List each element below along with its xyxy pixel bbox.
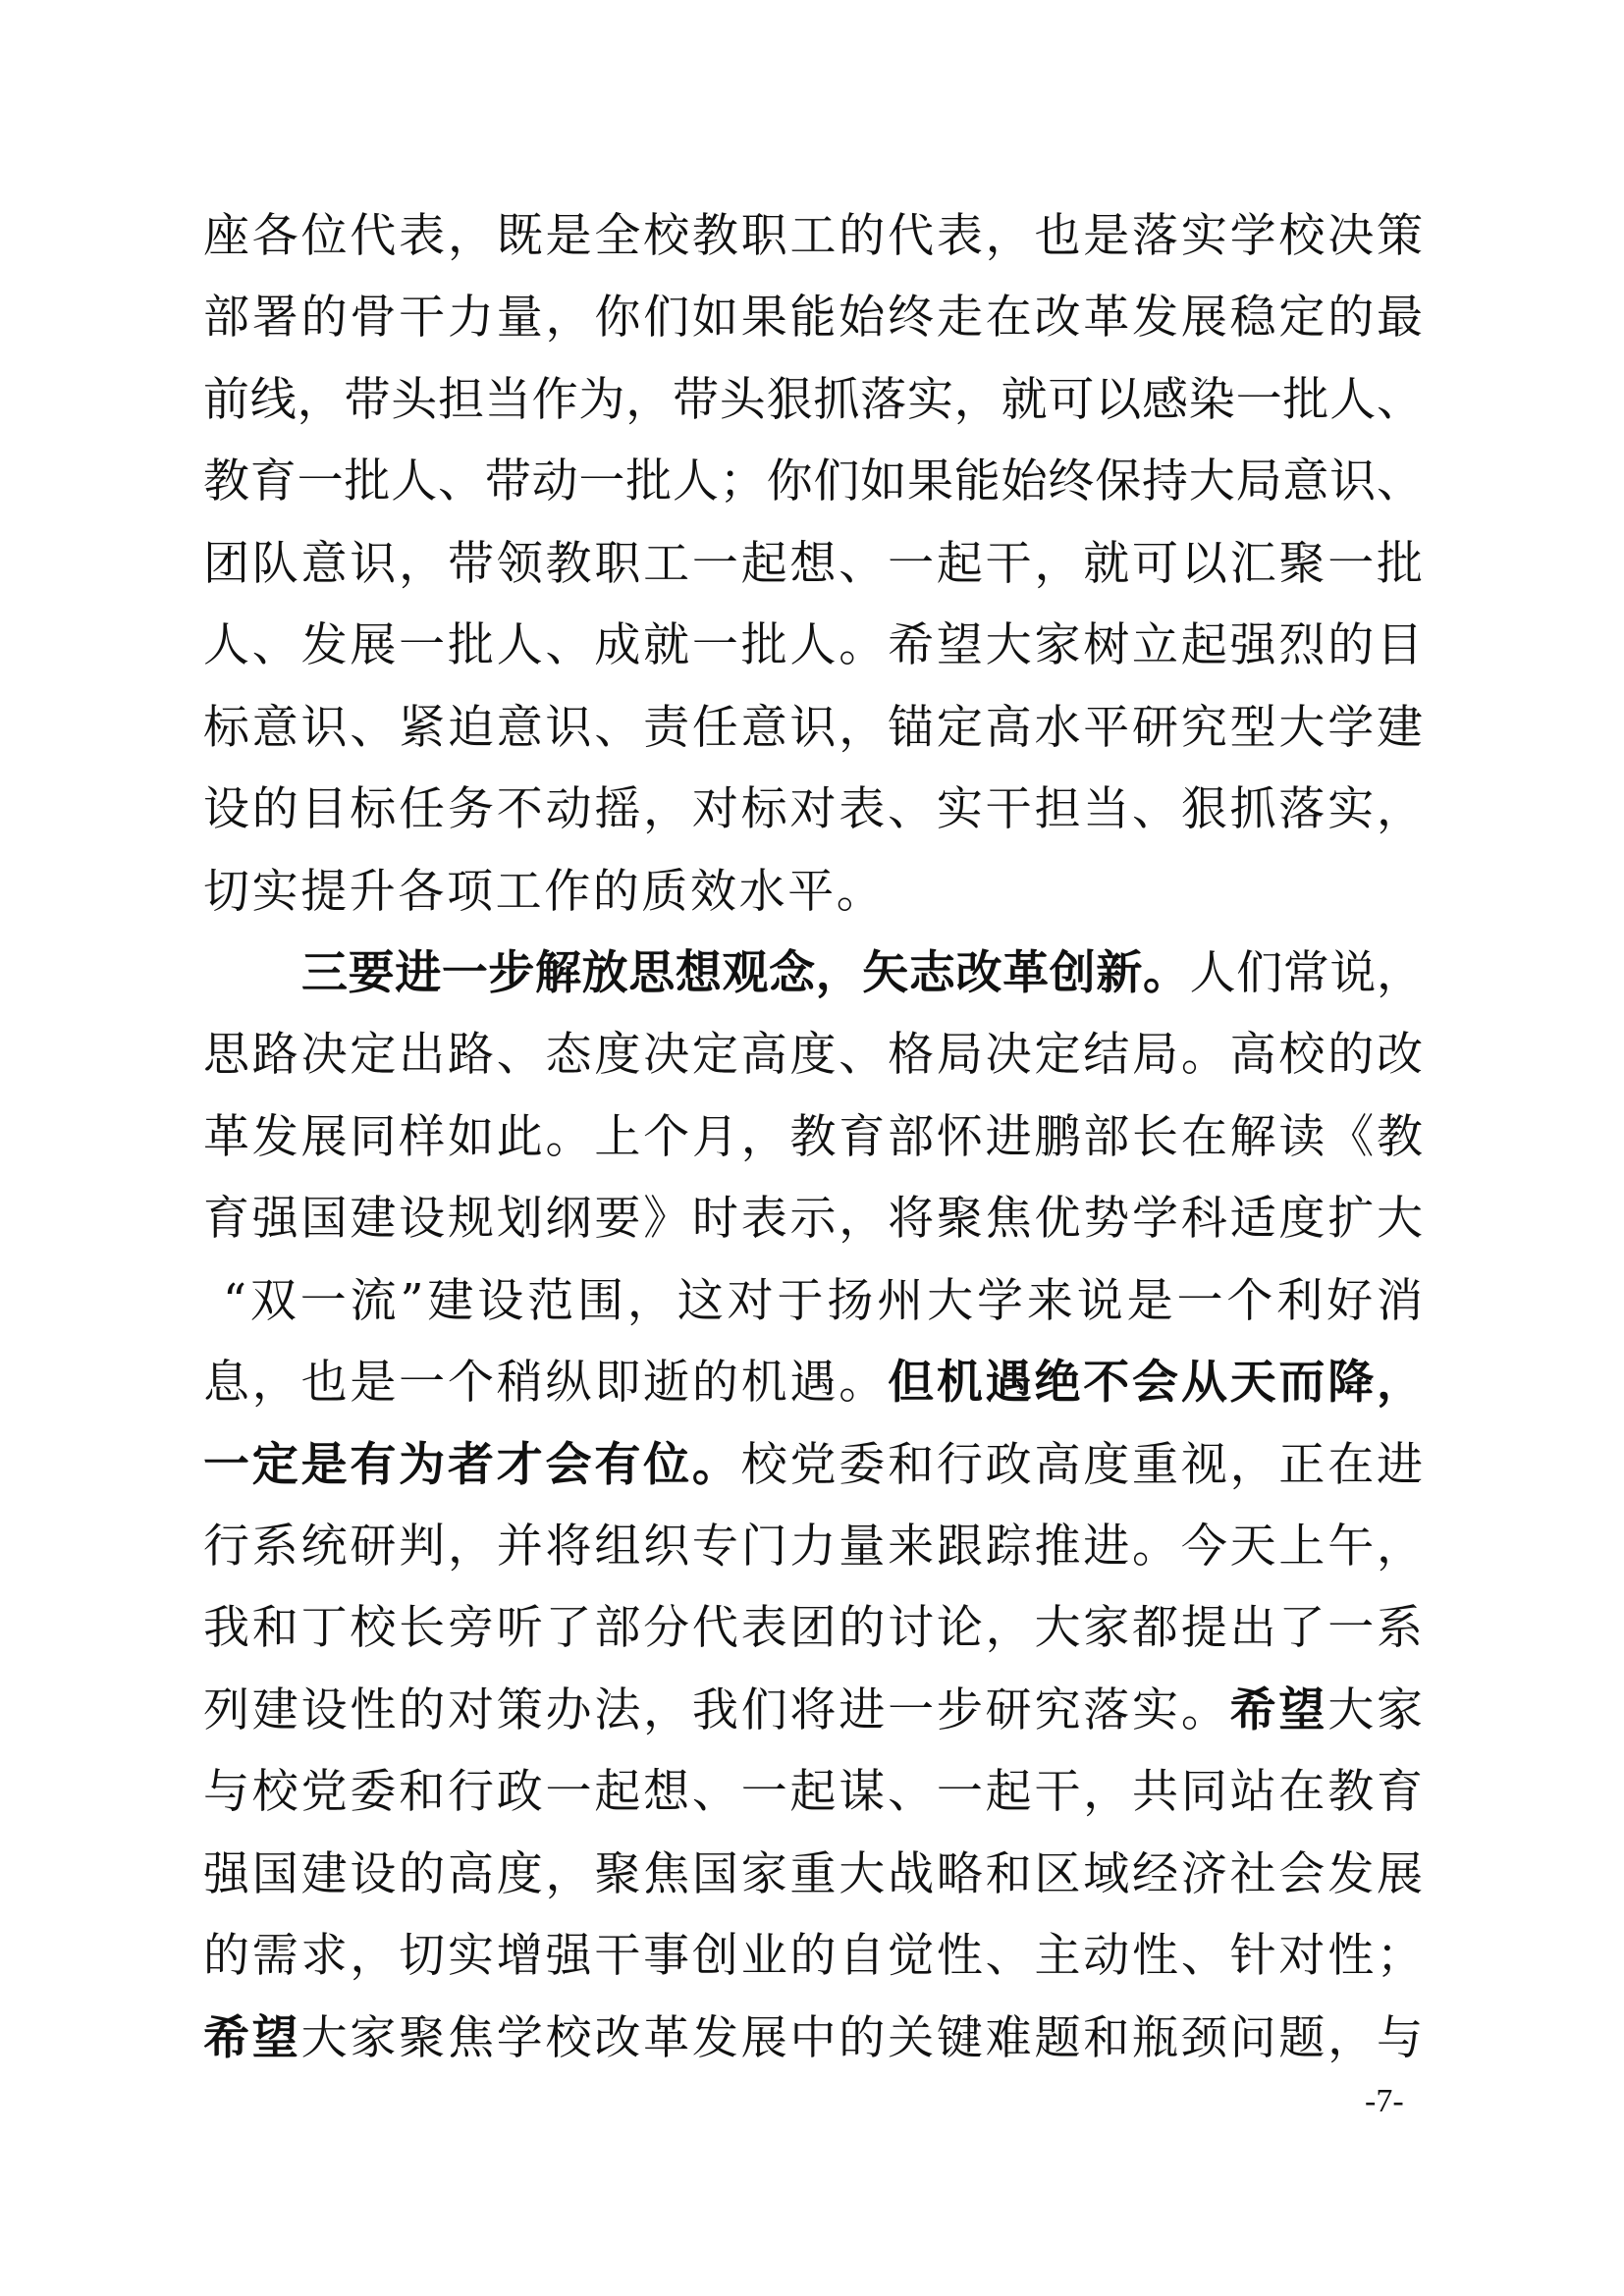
body-text-segment: 标意识、紧迫意识、责任意识，锚定高水平研究型大学建 [203, 701, 1423, 755]
body-text-segment: 我和丁校长旁听了部分代表团的讨论，大家都提出了一系 [203, 1601, 1423, 1655]
text-line: 行系统研判，并将组织专门力量来跟踪推进。今天上午， [203, 1517, 1423, 1598]
body-text-segment: 团队意识，带领教职工一起想、一起干，就可以汇聚一批 [203, 537, 1423, 591]
body-text-segment: 思路决定出路、态度决定高度、格局决定结局。高校的改 [203, 1028, 1423, 1082]
emphasis-text: 希望 [203, 2011, 301, 2065]
text-line: 我和丁校长旁听了部分代表团的讨论，大家都提出了一系 [203, 1598, 1423, 1680]
body-text-segment: 切实提升各项工作的质效水平。 [203, 865, 885, 919]
body-text-segment: 人、发展一批人、成就一批人。希望大家树立起强烈的目 [203, 618, 1423, 672]
text-line: “双一流”建设范围，这对于扬州大学来说是一个利好消 [203, 1271, 1423, 1353]
body-text-segment: 息，也是一个稍纵即逝的机遇。 [203, 1356, 888, 1410]
body-text-segment: 大家聚焦学校改革发展中的关键难题和瓶颈问题，与 [301, 2011, 1423, 2065]
text-line: 标意识、紧迫意识、责任意识，锚定高水平研究型大学建 [203, 698, 1423, 779]
emphasis-text: 但机遇绝不会从天而降， [888, 1356, 1423, 1410]
body-text-segment: 的需求，切实增强干事创业的自觉性、主动性、针对性； [203, 1929, 1423, 1983]
body-text-segment: 教育一批人、带动一批人；你们如果能始终保持大局意识、 [203, 454, 1423, 508]
body-text-segment: “双一流”建设范围，这对于扬州大学来说是一个利好消 [223, 1274, 1423, 1328]
body-text-segment: 部署的骨干力量，你们如果能始终走在改革发展稳定的最 [203, 291, 1423, 345]
body-text-segment: 前线，带头担当作为，带头狠抓落实，就可以感染一批人、 [203, 373, 1423, 427]
text-line: 希望大家聚焦学校改革发展中的关键难题和瓶颈问题，与 [203, 2008, 1423, 2090]
emphasis-text: 一定是有为者才会有位。 [203, 1438, 741, 1492]
body-text-segment: 育强国建设规划纲要》时表示，将聚焦优势学科适度扩大 [203, 1192, 1423, 1246]
section-heading-line: 三要进一步解放思想观念，矢志改革创新。人们常说， [203, 943, 1423, 1025]
text-line: 座各位代表，既是全校教职工的代表，也是落实学校决策 [203, 206, 1423, 288]
body-text-segment: 革发展同样如此。上个月，教育部怀进鹏部长在解读《教 [203, 1110, 1423, 1164]
body-text-segment: 行系统研判，并将组织专门力量来跟踪推进。今天上午， [203, 1520, 1423, 1574]
body-text-segment: 列建设性的对策办法，我们将进一步研究落实。 [203, 1683, 1230, 1737]
text-line: 教育一批人、带动一批人；你们如果能始终保持大局意识、 [203, 452, 1423, 533]
text-line: 一定是有为者才会有位。校党委和行政高度重视，正在进 [203, 1435, 1423, 1517]
text-line: 育强国建设规划纲要》时表示，将聚焦优势学科适度扩大 [203, 1189, 1423, 1270]
text-line: 的需求，切实增强干事创业的自觉性、主动性、针对性； [203, 1926, 1423, 2007]
emphasis-text: 三要进一步解放思想观念，矢志改革创新。 [301, 946, 1190, 1000]
text-line: 思路决定出路、态度决定高度、格局决定结局。高校的改 [203, 1025, 1423, 1106]
document-page: 座各位代表，既是全校教职工的代表，也是落实学校决策部署的骨干力量，你们如果能始终… [0, 0, 1624, 2296]
text-line: 息，也是一个稍纵即逝的机遇。但机遇绝不会从天而降， [203, 1353, 1423, 1434]
body-text-segment: 人们常说， [1190, 946, 1423, 1000]
page-number: -7- [1365, 2083, 1404, 2120]
text-line: 人、发展一批人、成就一批人。希望大家树立起强烈的目 [203, 615, 1423, 697]
emphasis-text: 希望 [1230, 1683, 1328, 1737]
body-text-segment: 大家 [1327, 1683, 1423, 1737]
body-text: 座各位代表，既是全校教职工的代表，也是落实学校决策部署的骨干力量，你们如果能始终… [203, 206, 1423, 2090]
text-line: 团队意识，带领教职工一起想、一起干，就可以汇聚一批 [203, 534, 1423, 615]
text-line: 切实提升各项工作的质效水平。 [203, 862, 1423, 943]
text-line: 列建设性的对策办法，我们将进一步研究落实。希望大家 [203, 1681, 1423, 1762]
text-line: 革发展同样如此。上个月，教育部怀进鹏部长在解读《教 [203, 1107, 1423, 1189]
text-line: 部署的骨干力量，你们如果能始终走在改革发展稳定的最 [203, 288, 1423, 369]
text-line: 前线，带头担当作为，带头狠抓落实，就可以感染一批人、 [203, 370, 1423, 452]
text-line: 与校党委和行政一起想、一起谋、一起干，共同站在教育 [203, 1762, 1423, 1843]
text-line: 强国建设的高度，聚焦国家重大战略和区域经济社会发展 [203, 1844, 1423, 1926]
body-text-segment: 强国建设的高度，聚焦国家重大战略和区域经济社会发展 [203, 1847, 1423, 1901]
body-text-segment: 校党委和行政高度重视，正在进 [741, 1438, 1423, 1492]
body-text-segment: 设的目标任务不动摇，对标对表、实干担当、狠抓落实， [203, 782, 1423, 836]
body-text-segment: 座各位代表，既是全校教职工的代表，也是落实学校决策 [203, 209, 1423, 263]
body-text-segment: 与校党委和行政一起想、一起谋、一起干，共同站在教育 [203, 1765, 1423, 1819]
text-line: 设的目标任务不动摇，对标对表、实干担当、狠抓落实， [203, 779, 1423, 861]
